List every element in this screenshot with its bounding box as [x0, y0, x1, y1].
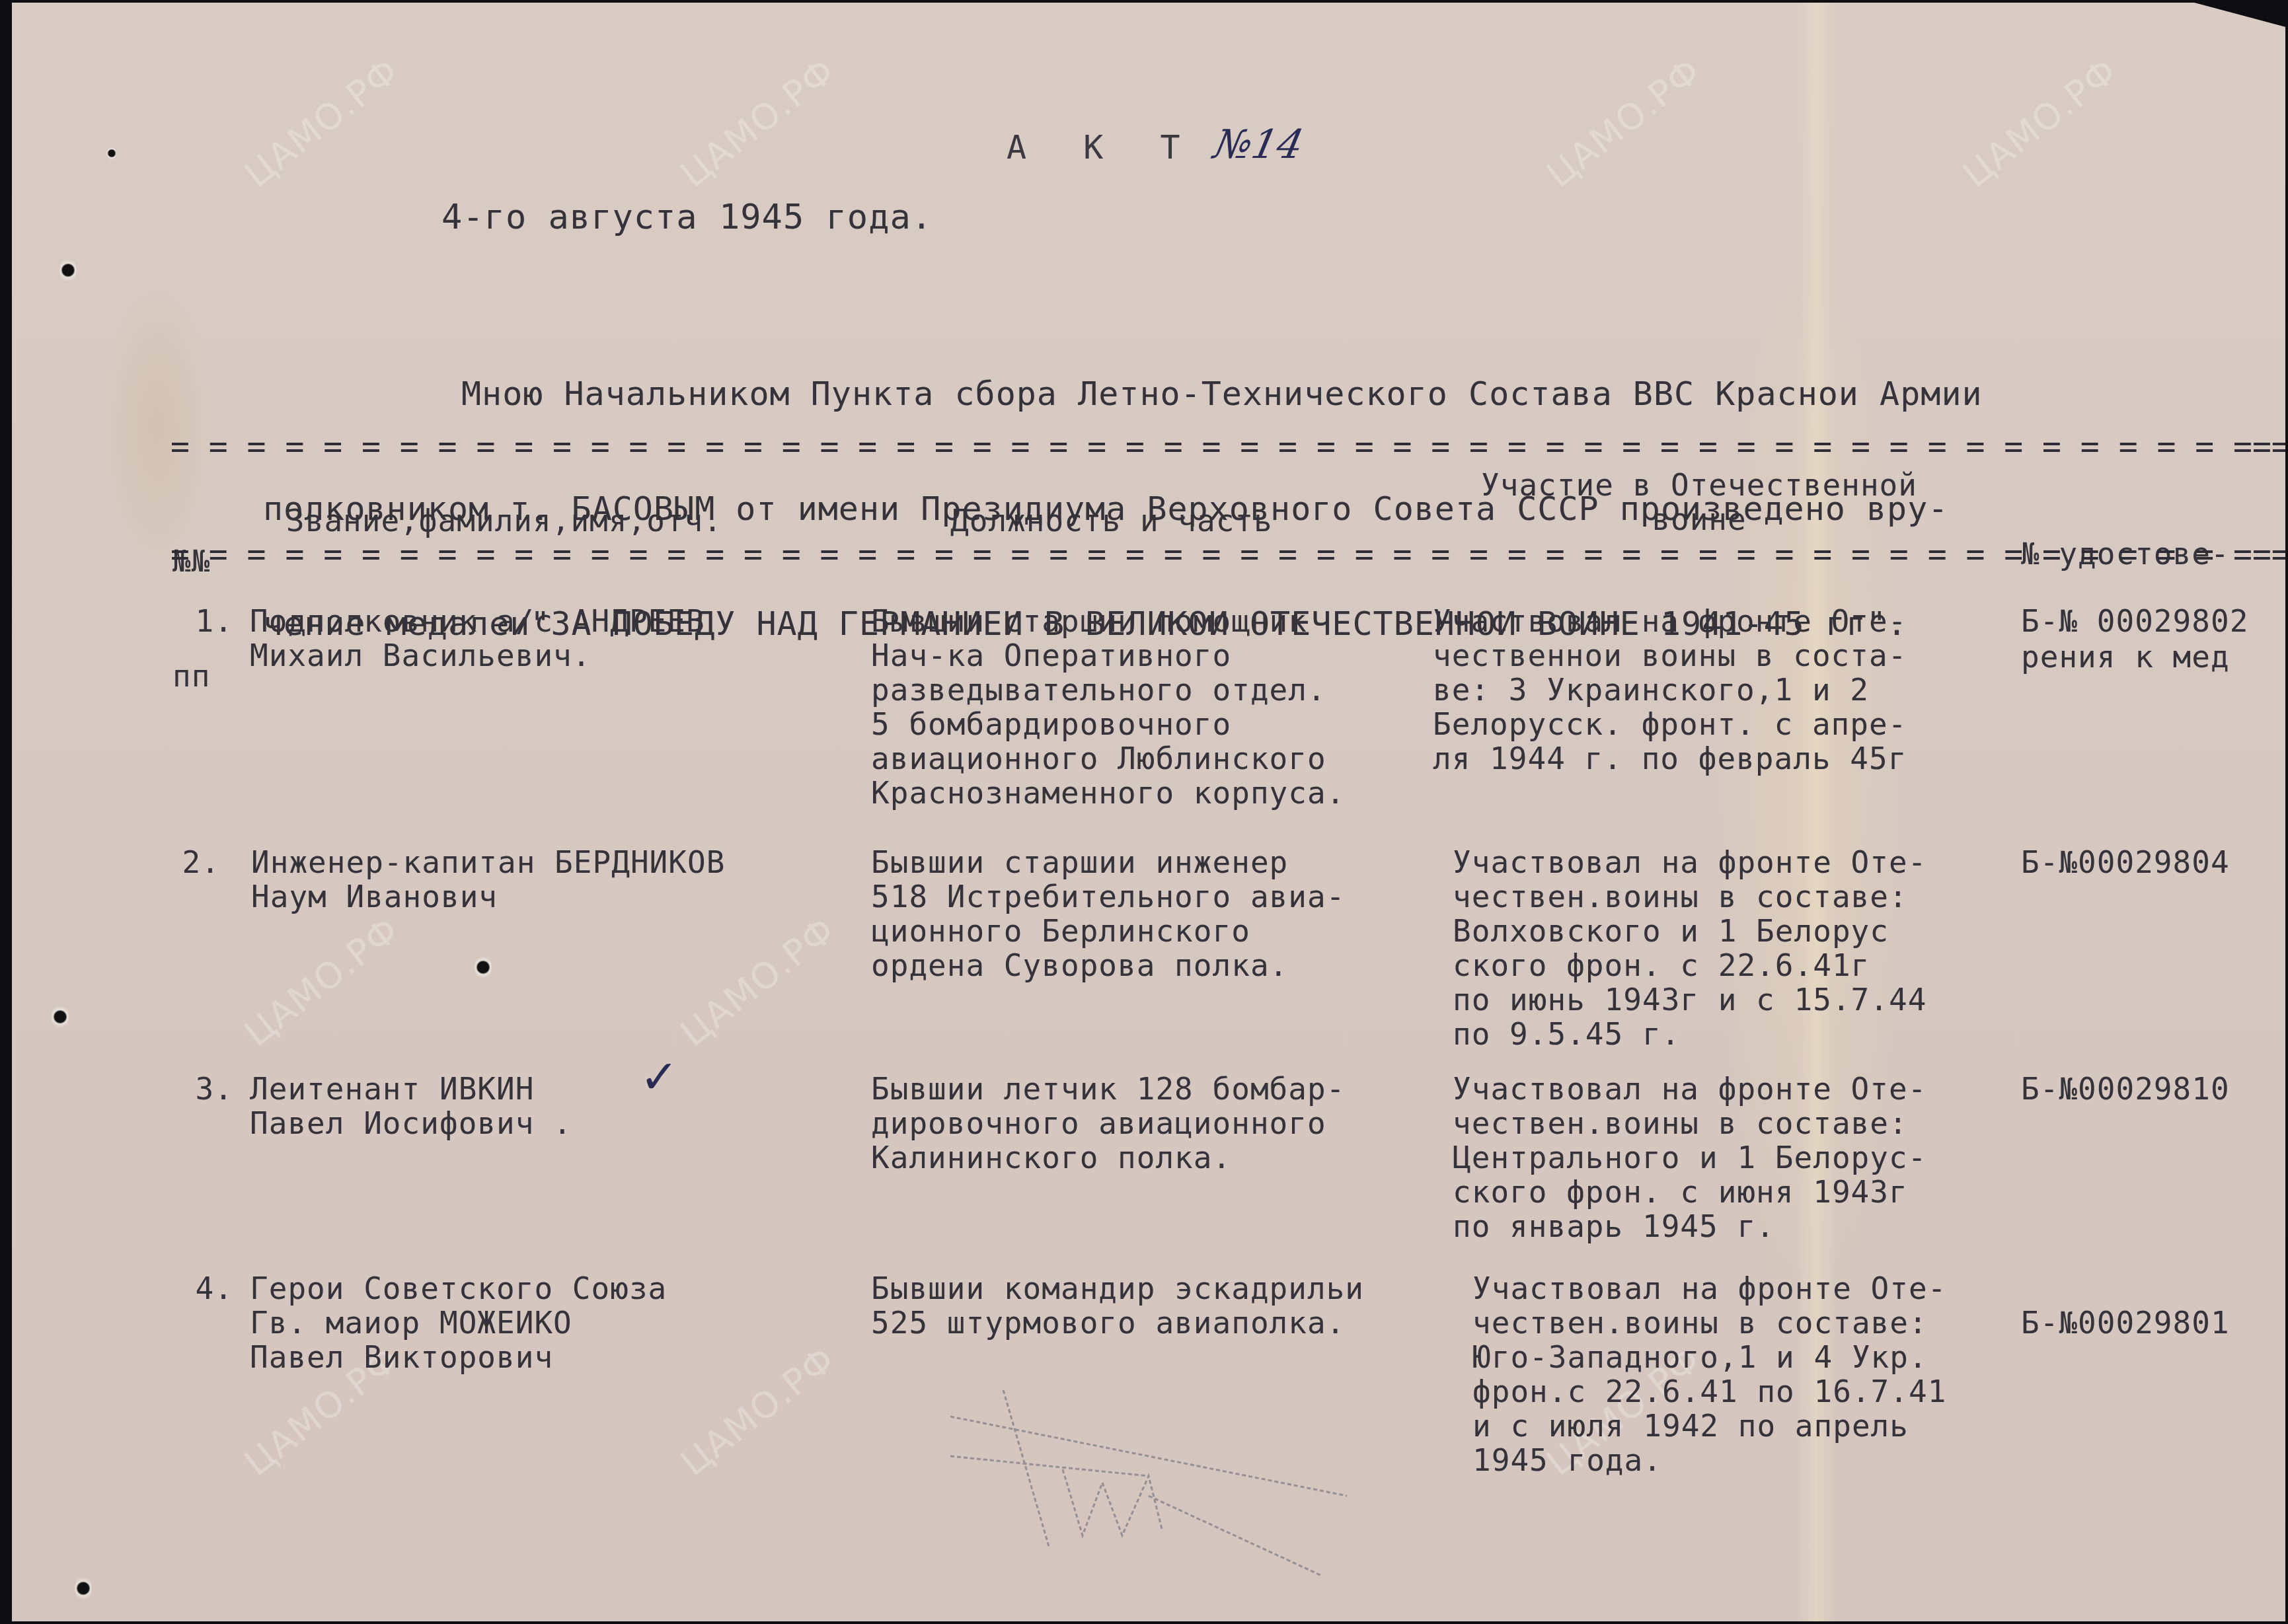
recipient-position: Бывшии командир эскадрильи525 штурмового… [871, 1271, 1364, 1340]
participation-line: ля 1944 г. по февраль 45г [1433, 741, 1907, 776]
participation-line: чествен.воины в составе: [1453, 879, 1926, 914]
watermark: ЦАМО.РФ [237, 50, 407, 196]
name-line: Павел Иосифович . [250, 1106, 572, 1140]
participation-line: Центрального и 1 Белорус- [1453, 1140, 1926, 1175]
war-participation: Участвовал на фронте Оте-чественнои воин… [1433, 604, 1907, 776]
punch-hole [59, 257, 77, 283]
position-line: Нач-ка Оперативного [871, 638, 1345, 673]
participation-line: ского фрон. с 22.6.41г [1453, 948, 1926, 982]
participation-line: фрон.с 22.6.41 по 16.7.41 [1472, 1374, 1946, 1409]
recipient-position: Бывшии старшии помощникНач-ка Оперативно… [871, 604, 1345, 810]
position-line: дировочного авиационного [871, 1106, 1345, 1140]
war-participation: Участвовал на фронте Оте-чествен.воины в… [1472, 1271, 1946, 1477]
document-sheet: ЦАМО.РФ ЦАМО.РФ ЦАМО.РФ ЦАМО.РФ ЦАМО.РФ … [12, 3, 2285, 1621]
position-line: Краснознаменного корпуса. [871, 776, 1345, 810]
name-line: Гв. маиор МОЖЕИКО [250, 1306, 667, 1340]
war-participation: Участвовал на фронте Оте-чествен.воины в… [1453, 845, 1926, 1051]
certificate-number: Б-№00029804 [2021, 845, 2230, 879]
punch-hole [75, 1575, 92, 1602]
certificate-number: Б-№ 00029802 [2021, 604, 2248, 638]
watermark: ЦАМО.РФ [1539, 50, 1709, 196]
document-date: 4-го августа 1945 года. [441, 198, 933, 237]
recipient-name: Леитенант ИВКИНПавел Иосифович . [250, 1072, 572, 1140]
handwritten-act-number: №14 [1210, 122, 1308, 168]
position-line: Бывшии командир эскадрильи [871, 1271, 1364, 1306]
participation-line: чествен.воины в составе: [1453, 1106, 1926, 1140]
header-position: Должность и часть [950, 503, 1273, 538]
document-title: А К Т [1007, 128, 1199, 166]
participation-line: Участвовал на фронте Оте- [1453, 1072, 1926, 1106]
participation-line: чествен.воины в составе: [1472, 1306, 1946, 1340]
participation-line: чественнои воины в соста- [1433, 638, 1907, 673]
participation-line: ве: 3 Украинского,1 и 2 [1433, 673, 1907, 707]
header-number-line: пп [172, 657, 248, 695]
signature-icon [950, 1377, 1413, 1588]
participation-line: ского фрон. с июня 1943г [1453, 1175, 1926, 1209]
watermark: ЦАМО.РФ [673, 908, 843, 1054]
name-line: Подполковник а/с АНДРЕЕВ [250, 604, 705, 638]
name-line: Михаил Васильевич. [250, 638, 705, 673]
row-number: 4. [161, 1271, 233, 1306]
position-line: Калининского полка. [871, 1140, 1345, 1175]
recipient-position: Бывшии летчик 128 бомбар-дировочного ави… [871, 1072, 1345, 1175]
participation-line: и с июля 1942 по апрель [1472, 1409, 1946, 1443]
participation-line: Белорусск. фронт. с апре- [1433, 707, 1907, 741]
checkmark-icon: ✓ [640, 1050, 679, 1104]
participation-line: по январь 1945 г. [1453, 1209, 1926, 1243]
punch-hole [108, 145, 116, 162]
recipient-name: Инженер-капитан БЕРДНИКОВНаум Иванович [251, 845, 725, 914]
name-line: Инженер-капитан БЕРДНИКОВ [251, 845, 725, 879]
war-participation: Участвовал на фронте Оте-чествен.воины в… [1453, 1072, 1926, 1243]
row-number: 2. [147, 845, 220, 879]
position-line: Бывшии старшии помощник [871, 604, 1345, 638]
recipient-name: Герои Советского СоюзаГв. маиор МОЖЕИКОП… [250, 1271, 667, 1374]
header-participation: Участие в Отечественной воине [1441, 468, 1957, 536]
row-number: 1. [161, 604, 233, 638]
name-line: Павел Викторович [250, 1340, 667, 1374]
table-rule-bottom: = = = = = = = = = = = = = = = = = = = = … [171, 536, 2288, 573]
position-line: ордена Суворова полка. [871, 948, 1345, 982]
recipient-position: Бывшии старшии инженер518 Истребительног… [871, 845, 1345, 982]
intro-line: Мною Начальником Пункта сбора Летно-Техн… [263, 375, 1983, 413]
header-name: Звание,фамилия,имя,отч. [286, 503, 722, 538]
header-participation-line: Участие в Отечественной [1441, 468, 1957, 502]
certificate-number: Б-№00029810 [2021, 1072, 2230, 1106]
position-line: 525 штурмового авиаполка. [871, 1306, 1364, 1340]
punch-hole [52, 1004, 69, 1030]
name-line: Леитенант ИВКИН [250, 1072, 572, 1106]
punch-hole [475, 954, 492, 980]
watermark: ЦАМО.РФ [673, 1338, 843, 1484]
participation-line: Участвовал на фронте Оте- [1453, 845, 1926, 879]
name-line: Наум Иванович [251, 879, 725, 914]
position-line: авиационного Люблинского [871, 741, 1345, 776]
participation-line: 1945 года. [1472, 1443, 1946, 1477]
name-line: Герои Советского Союза [250, 1271, 667, 1306]
header-certificate-line: рения к мед [2021, 640, 2230, 674]
table-rule-top: = = = = = = = = = = = = = = = = = = = = … [171, 428, 2288, 465]
position-line: разведывательного отдел. [871, 673, 1345, 707]
position-line: Бывшии летчик 128 бомбар- [871, 1072, 1345, 1106]
row-number: 3. [161, 1072, 233, 1106]
position-line: 518 Истребительного авиа- [871, 879, 1345, 914]
header-participation-line: воине [1441, 502, 1957, 536]
recipient-name: Подполковник а/с АНДРЕЕВМихаил Васильеви… [250, 604, 705, 673]
watermark: ЦАМО.РФ [1955, 50, 2125, 196]
participation-line: Участвовал на фронте Оте- [1433, 604, 1907, 638]
participation-line: Волховского и 1 Белорус [1453, 914, 1926, 948]
position-line: ционного Берлинского [871, 914, 1345, 948]
watermark: ЦАМО.РФ [673, 50, 843, 196]
position-line: Бывшии старшии инженер [871, 845, 1345, 879]
participation-line: Участвовал на фронте Оте- [1472, 1271, 1946, 1306]
participation-line: Юго-Западного,1 и 4 Укр. [1472, 1340, 1946, 1374]
participation-line: по 9.5.45 г. [1453, 1017, 1926, 1051]
certificate-number: Б-№00029801 [2021, 1306, 2230, 1340]
watermark: ЦАМО.РФ [237, 908, 407, 1054]
participation-line: по июнь 1943г и с 15.7.44 [1453, 982, 1926, 1017]
position-line: 5 бомбардировочного [871, 707, 1345, 741]
